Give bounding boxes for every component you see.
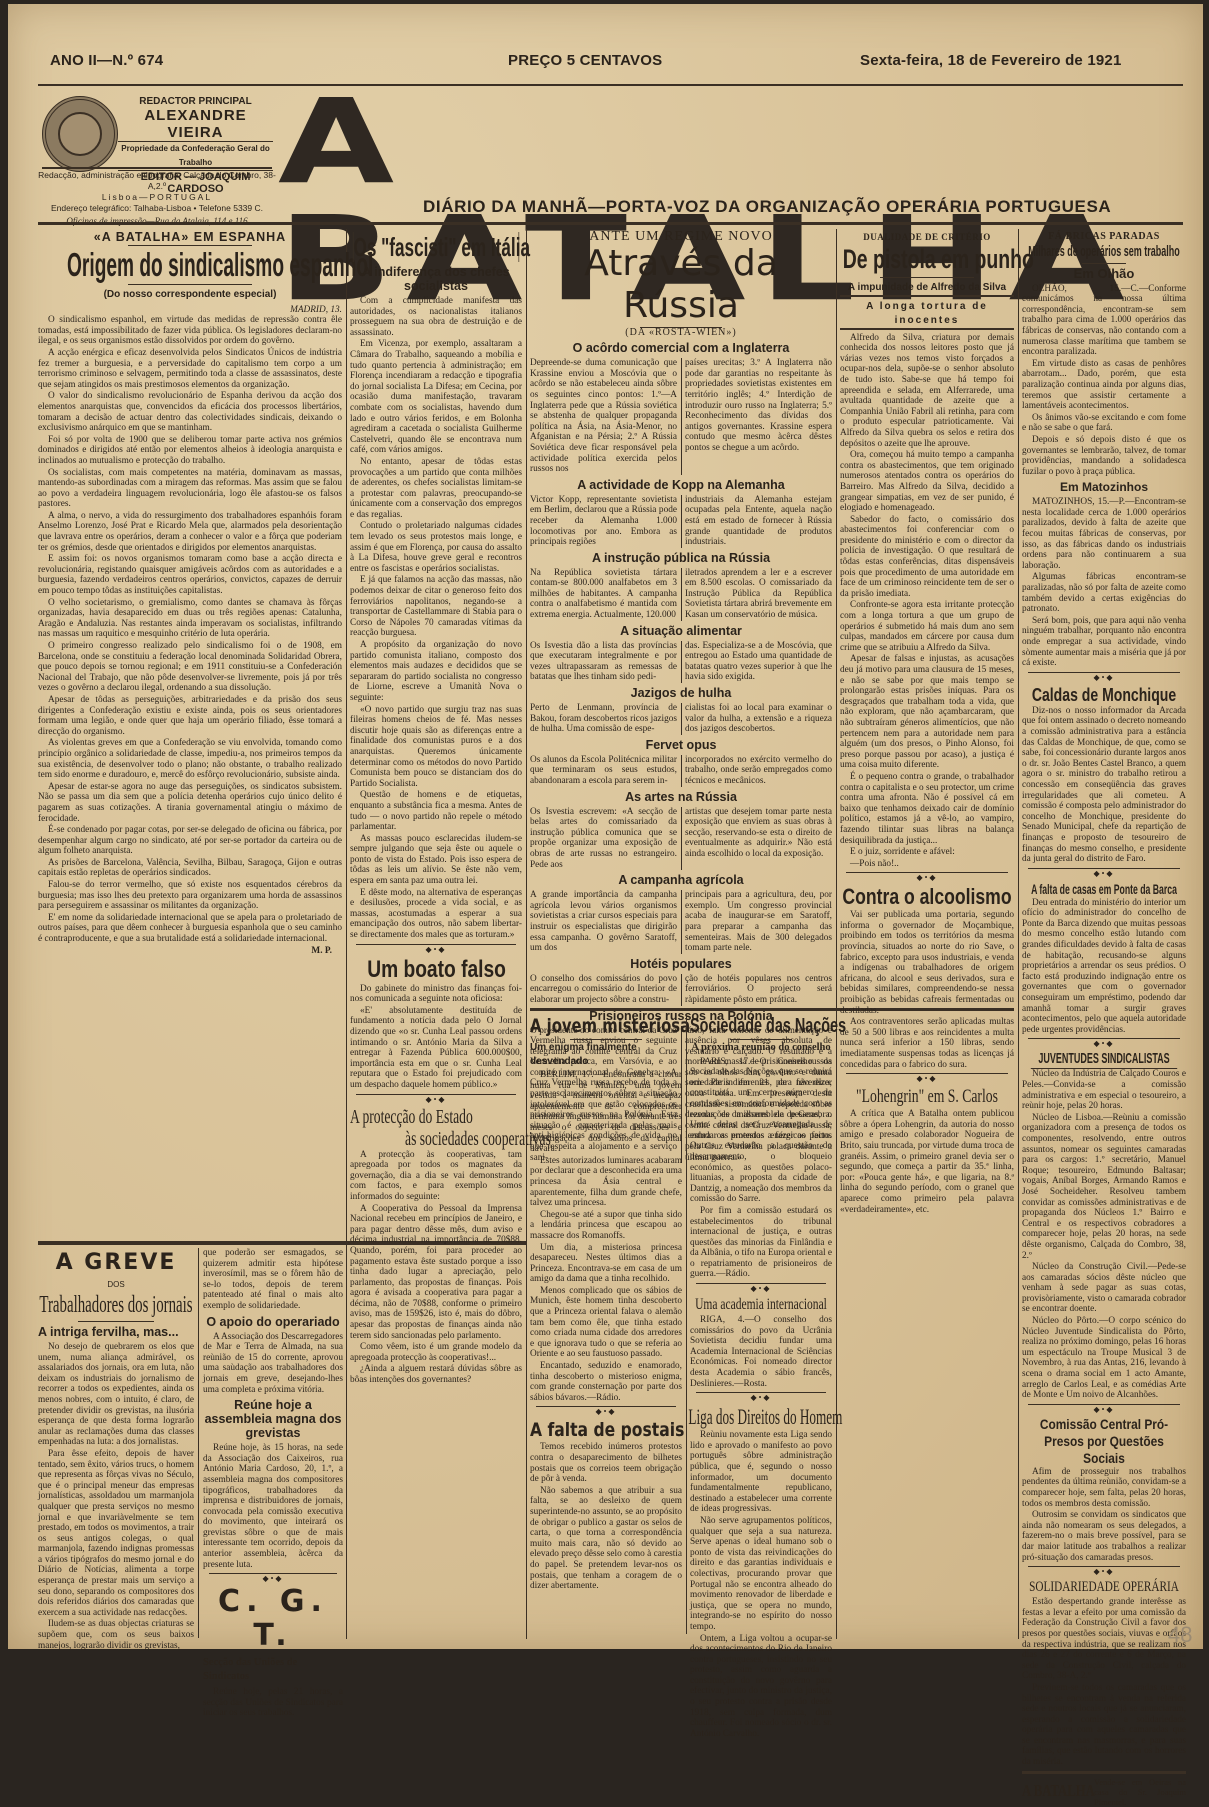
column-rule bbox=[526, 229, 527, 1639]
price: PREÇO 5 CENTAVOS bbox=[508, 52, 662, 69]
ponte-barca-headline: A falta de casas em Ponte da Barca bbox=[1022, 880, 1186, 898]
subhead-2: A longa tortura de inocentes bbox=[840, 300, 1014, 330]
ornament-divider: ◆•◆ bbox=[1028, 672, 1180, 682]
russia-section: Na República sovietista tártara contam-s… bbox=[530, 568, 832, 621]
masthead-credits-rule bbox=[42, 167, 272, 169]
comissao-headline: Comissão Central Pró-Presos por Questões… bbox=[1034, 1416, 1173, 1467]
article-jovem: A jovem misteriosa Um enigma finalmente … bbox=[530, 1014, 682, 1593]
page-number: 48 bbox=[1168, 1622, 1192, 1648]
proteccao-headline-1: A protecção do Estado bbox=[350, 1106, 467, 1128]
apoio-title: O apoio do operariado bbox=[203, 1315, 343, 1329]
subhead: A indiferença dos chefes socialistas bbox=[350, 265, 522, 293]
headline: Através da Rússia bbox=[530, 243, 832, 327]
proteccao-headline-2: às sociedades cooperativas bbox=[405, 1128, 522, 1150]
ornament-divider: ◆•◆ bbox=[696, 1283, 826, 1293]
russia-section: A grande importância da campanha agrícol… bbox=[530, 890, 832, 954]
kicker: FÁ BRICAS PARADAS bbox=[1022, 232, 1186, 243]
kicker: ANTE UM REGIME NOVO bbox=[530, 232, 832, 243]
liga-headline: Liga dos Direitos do Homem bbox=[688, 1404, 833, 1430]
cgt-headline: C. G. T. bbox=[203, 1585, 343, 1653]
ornament-divider: ◆•◆ bbox=[846, 1073, 1008, 1083]
ornament-divider: ◆•◆ bbox=[209, 1573, 337, 1583]
masthead-address: Redacção, administração e tipografia, Ca… bbox=[38, 170, 276, 228]
column-rule bbox=[1018, 229, 1019, 1639]
headline-top: A GREVE bbox=[38, 1251, 194, 1275]
newspaper-subtitle: DIÁRIO DA MANHÃ—PORTA-VOZ DA ORGANIZAÇÃO… bbox=[423, 197, 1111, 217]
subhead: Um enigma finalmente desvendado bbox=[530, 1041, 682, 1069]
redactor-label: REDACTOR PRINCIPAL bbox=[118, 96, 273, 107]
headline: A jovem misteriosa bbox=[530, 1014, 649, 1038]
ornament-divider: ◆•◆ bbox=[1028, 1404, 1180, 1414]
ornament-divider: ◆•◆ bbox=[846, 872, 1008, 882]
masthead-rule-bottom bbox=[38, 222, 1183, 225]
ornament-divider: ◆•◆ bbox=[1028, 1038, 1180, 1048]
alcoolismo-headline: Contra o alcoolismo bbox=[841, 884, 1012, 910]
ornament-divider: ◆•◆ bbox=[1028, 868, 1180, 878]
section-title-olhao: Em Olhão bbox=[1022, 267, 1186, 281]
newspaper-page: ANO II—N.º 674 PREÇO 5 CENTAVOS Sexta-fe… bbox=[8, 4, 1203, 1649]
solidariedade-headline: SOLIDARIEDADE OPERÁRIA bbox=[1020, 1578, 1188, 1597]
monchique-headline: Caldas de Monchique bbox=[1017, 684, 1192, 706]
source: (DA «ROSTA-WIEN») bbox=[530, 328, 832, 339]
russia-section: Perto de Lenmann, província de Bakou, fo… bbox=[530, 703, 832, 735]
ornament-divider: ◆•◆ bbox=[356, 1094, 516, 1104]
section-title-matozinhos: Em Matozinhos bbox=[1022, 480, 1186, 494]
date: Sexta-feira, 18 de Fevereiro de 1921 bbox=[860, 52, 1122, 69]
headline: Milhares de operários sem trabalho bbox=[1019, 243, 1189, 261]
postais-headline: A falta de postais bbox=[530, 1418, 655, 1442]
subhead-1: A impunidade de Alfredo da Silva bbox=[840, 281, 1014, 297]
ornament-divider: ◆•◆ bbox=[1028, 1566, 1180, 1576]
reune-title: Reúne hoje a assembleia magna dos grevis… bbox=[203, 1398, 343, 1440]
ornament-divider: ◆•◆ bbox=[696, 1392, 826, 1402]
russia-section: Os alunos da Escola Politécnica militar … bbox=[530, 755, 832, 787]
byline: (Do nosso correspondente especial) bbox=[38, 288, 342, 302]
russia-section: Depreende-se duma comunicação que Krassi… bbox=[530, 358, 832, 475]
column-rule bbox=[686, 1014, 687, 1634]
article-greve: A GREVE DOS Trabalhadores dos jornais A … bbox=[38, 1248, 194, 1652]
redactor-name: ALEXANDRE VIEIRA bbox=[118, 107, 273, 141]
dateline: MADRID, 13. bbox=[38, 305, 342, 316]
russia-section: Os Isvestia dão a lista das províncias q… bbox=[530, 641, 832, 683]
lohengrin-headline: "Lohengrin" em S. Carlos bbox=[843, 1085, 1011, 1109]
article-nacoes: Sociedade das Nações A próxima reunião d… bbox=[690, 1014, 832, 1657]
academia-headline: Uma academia internacional bbox=[688, 1295, 833, 1315]
kicker: «A BATALHA» EM ESPANHA bbox=[38, 232, 342, 243]
headline: De pistola em punho bbox=[843, 243, 1011, 275]
column-rule bbox=[198, 1248, 199, 1638]
russia-section: O conselho dos comissários do povo encar… bbox=[530, 974, 832, 1006]
article-fabricas: FÁ BRICAS PARADAS Milhares de operários … bbox=[1022, 232, 1186, 1657]
ornament-divider: ◆•◆ bbox=[536, 1406, 676, 1416]
headline: Os "fascisti" em Itália bbox=[353, 232, 519, 262]
issue-number: ANO II—N.º 674 bbox=[50, 52, 163, 69]
boato-headline: Um boato falso bbox=[367, 956, 505, 984]
signature: M. P. bbox=[38, 946, 342, 957]
article-espanha: «A BATALHA» EM ESPANHA Origem do sindica… bbox=[38, 232, 342, 956]
article-greve-cont: que poderão ser esmagados, se quizerem a… bbox=[203, 1248, 343, 1657]
russia-section: Os Isvestia escrevem: «A secção de belas… bbox=[530, 807, 832, 871]
article-pistola: DUALIDADE DE CRITÉRIO De pistola em punh… bbox=[840, 232, 1014, 1216]
subhead: A intriga fervilha, mas... bbox=[38, 1325, 194, 1339]
headline: Origem do sindicalismo espanhol bbox=[67, 248, 313, 282]
column-rule bbox=[346, 229, 347, 1639]
cgt-seal-emblem bbox=[42, 96, 118, 172]
headline: Trabalhadores dos jornais bbox=[37, 1292, 196, 1318]
article-fascisti: Os "fascisti" em Itália A indiferença do… bbox=[350, 232, 522, 1387]
headline: Sociedade das Nações bbox=[690, 1014, 792, 1038]
ornament-divider: ◆•◆ bbox=[356, 944, 516, 954]
russia-section: Victor Kopp, representante sovietista em… bbox=[530, 495, 832, 548]
kicker: DUALIDADE DE CRITÉRIO bbox=[840, 232, 1014, 243]
juventudes-headline: JUVENTUDES SINDICALISTAS bbox=[1031, 1050, 1177, 1069]
subhead: A próxima reunião do conselho bbox=[690, 1043, 832, 1054]
